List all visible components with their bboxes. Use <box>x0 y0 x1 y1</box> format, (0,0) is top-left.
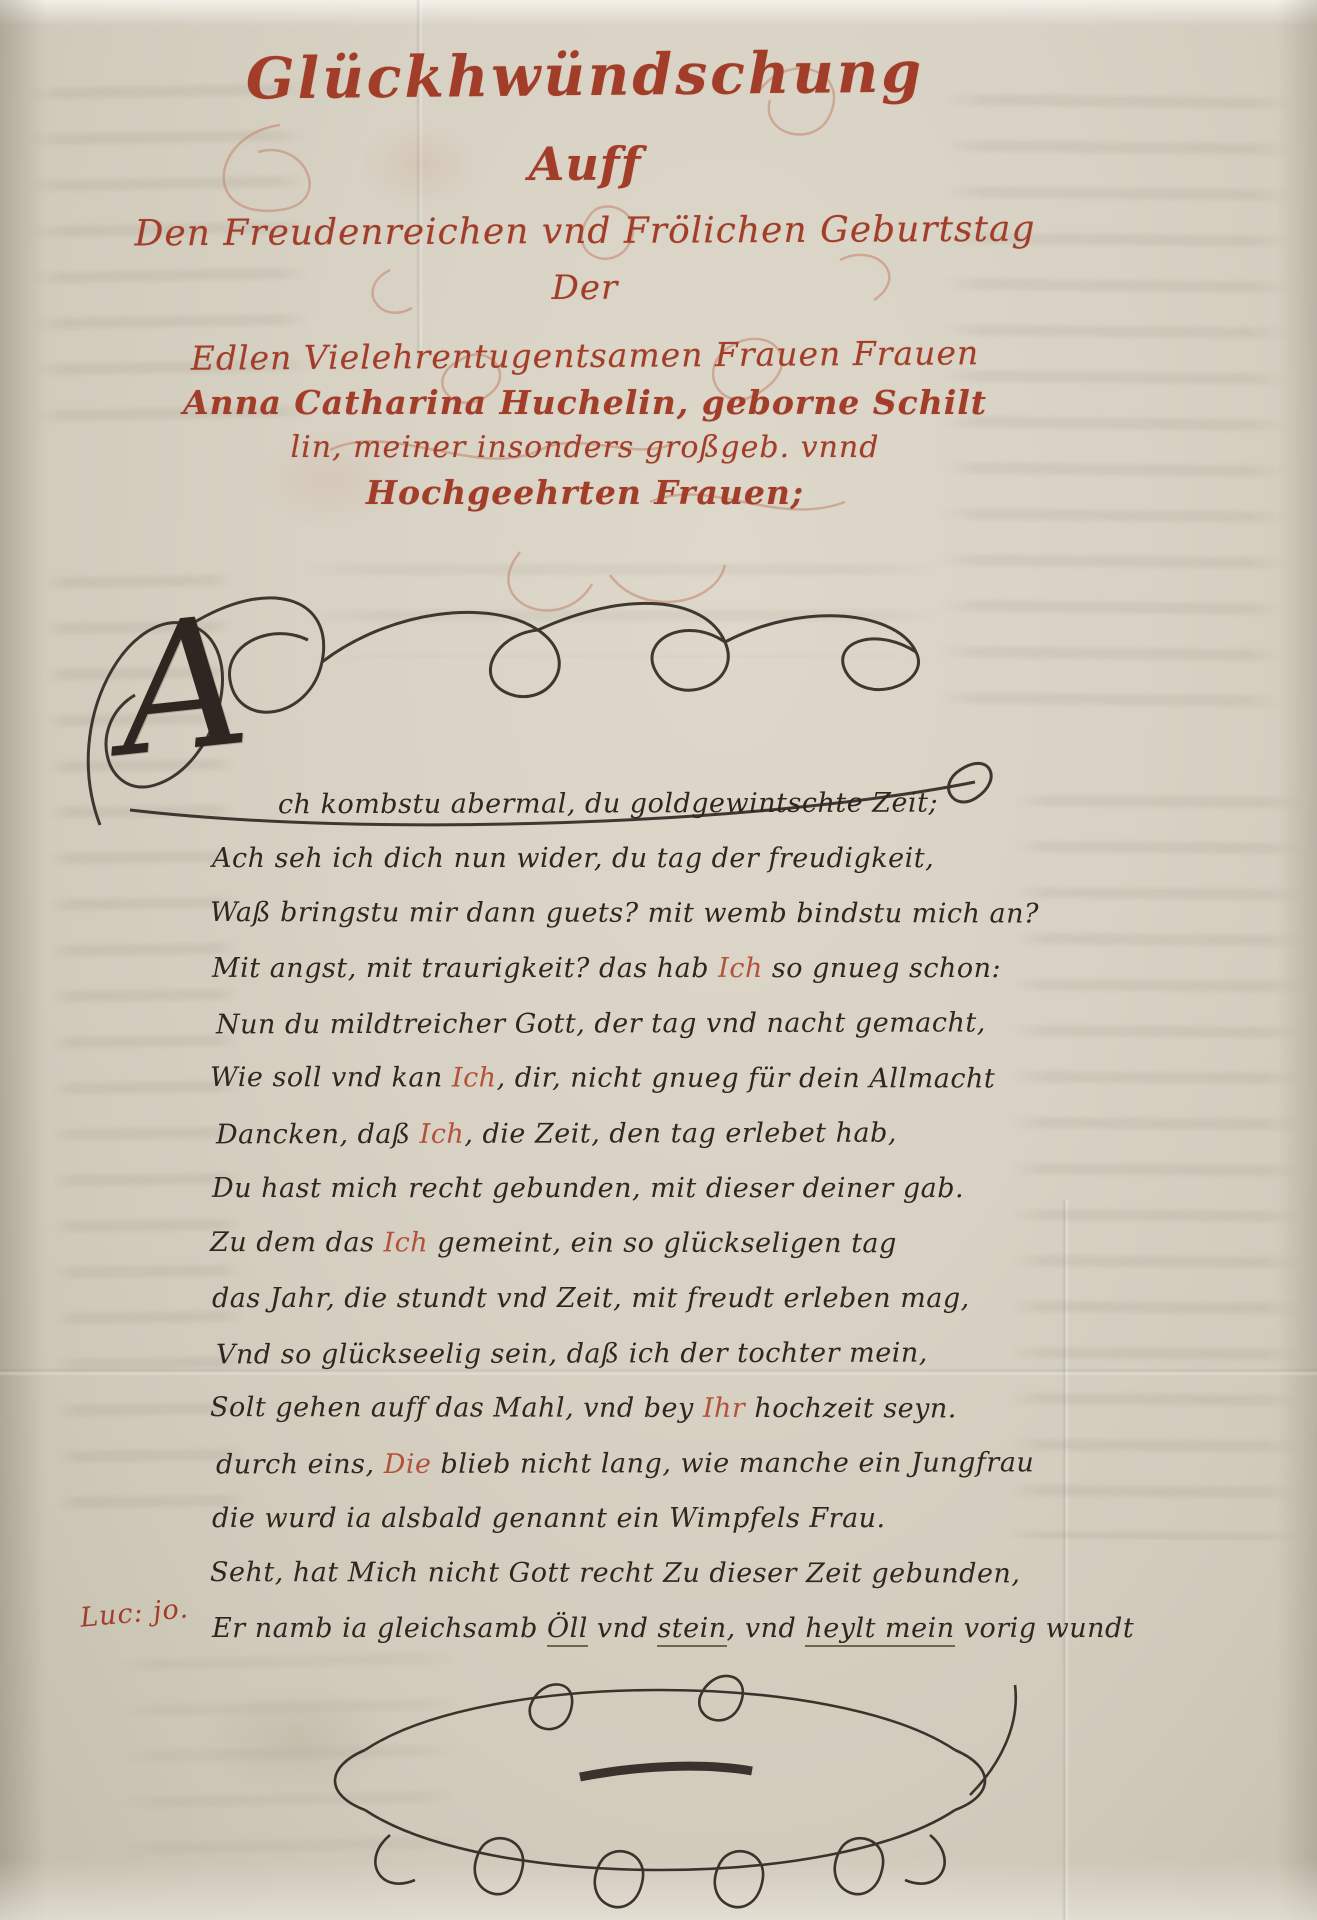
poem-line: ch kombstu abermal, du goldgewintschte Z… <box>216 787 1296 845</box>
title-line-geburtstag: Den Freudenreichen vnd Frölichen Geburts… <box>95 208 1075 254</box>
poem-text-segment: , vnd <box>727 1613 806 1644</box>
paper-edge-top <box>0 0 1317 26</box>
poem-text-segment: Seht, hat Mich nicht Gott recht Zu diese… <box>210 1557 1020 1589</box>
poem-text-segment: Zu dem das <box>210 1227 384 1258</box>
title-line-auff: Auff <box>95 137 1075 191</box>
bleed-through <box>300 548 940 658</box>
poem-text-segment: gemeint, ein so glückseligen tag <box>428 1227 897 1259</box>
poem-line: Vnd so glückseelig sein, daß ich der toc… <box>216 1337 1296 1395</box>
red-ink-word: Ich <box>452 1062 497 1093</box>
poem-text-segment: Wie soll vnd kan <box>210 1062 452 1093</box>
poem-line: Solt gehen auff das Mahl, vnd bey Ihr ho… <box>210 1392 1290 1449</box>
title-line-hochgeehrten: Hochgeehrten Frauen; <box>95 473 1075 512</box>
poem-text-segment: ch kombstu abermal, du goldgewintschte Z… <box>278 788 938 821</box>
title-line-honorific: Edlen Vielehrentugentsamen Frauen Frauen <box>95 333 1075 379</box>
red-ink-word: Ich <box>383 1227 428 1258</box>
poem-text-segment: die wurd ia alsbald genannt ein Wimpfels… <box>212 1503 886 1534</box>
poem-text-segment: , dir, nicht gnueg für dein Allmacht <box>497 1063 996 1095</box>
red-ink-word: Ich <box>718 953 763 984</box>
poem-text-segment: Er namb ia gleichsamb <box>212 1613 547 1644</box>
title-block: Glückhwündschung Auff Den Freudenreichen… <box>95 42 1075 512</box>
bleed-through <box>118 1636 463 1873</box>
poem-text-segment: Nun du mildtreicher Gott, der tag vnd na… <box>216 1007 986 1040</box>
poem-line: Wie soll vnd kan Ich, dir, nicht gnueg f… <box>210 1062 1290 1119</box>
red-ink-word: Ihr <box>703 1393 746 1424</box>
poem-line: Zu dem das Ich gemeint, ein so glückseli… <box>210 1227 1290 1284</box>
poem-line: durch eins, Die blieb nicht lang, wie ma… <box>216 1447 1296 1505</box>
underlined-word: heylt mein <box>805 1613 954 1647</box>
poem-lines: ch kombstu abermal, du goldgewintschte Z… <box>212 788 1292 1668</box>
poem-line: Mit angst, mit traurigkeit? das hab Ich … <box>212 953 1292 1008</box>
underlined-word: Öll <box>547 1613 588 1647</box>
poem-line: Waß bringstu mir dann guets? mit wemb bi… <box>210 897 1290 954</box>
poem-text-segment: vnd <box>588 1613 658 1644</box>
red-ink-word: Die <box>384 1449 432 1480</box>
title-line-name: Anna Catharina Huchelin, geborne Schilt <box>95 383 1075 422</box>
poem-text-segment: das Jahr, die stundt vnd Zeit, mit freud… <box>212 1283 970 1314</box>
title-line-name-continued: lin, meiner insonders großgeb. vnnd <box>95 430 1075 465</box>
marginal-note: Luc: jo. <box>79 1593 190 1633</box>
poem-text-segment: vorig wundt <box>955 1613 1135 1644</box>
poem-line: Seht, hat Mich nicht Gott recht Zu diese… <box>210 1557 1290 1614</box>
poem: ch kombstu abermal, du goldgewintschte Z… <box>212 788 1292 1668</box>
poem-text-segment: Vnd so glückseelig sein, daß ich der toc… <box>216 1338 928 1371</box>
red-ink-word: Ich <box>420 1119 465 1150</box>
stain <box>200 1680 400 1800</box>
poem-text-segment: durch eins, <box>216 1449 384 1480</box>
poem-text-segment: Dancken, daß <box>216 1119 420 1151</box>
poem-line: die wurd ia alsbald genannt ein Wimpfels… <box>212 1503 1292 1558</box>
poem-line: Ach seh ich dich nun wider, du tag der f… <box>212 843 1292 898</box>
title-line-der: Der <box>95 268 1075 308</box>
paper-edge-bottom <box>0 1860 1317 1920</box>
poem-text-segment: Solt gehen auff das Mahl, vnd bey <box>210 1392 703 1424</box>
manuscript-page: Glückhwündschung Auff Den Freudenreichen… <box>0 0 1317 1920</box>
underlined-word: stein <box>657 1613 726 1647</box>
poem-initial-letter: A <box>109 592 255 782</box>
poem-line: das Jahr, die stundt vnd Zeit, mit freud… <box>212 1283 1292 1338</box>
poem-text-segment: Mit angst, mit traurigkeit? das hab <box>212 953 718 984</box>
poem-text-segment: Ach seh ich dich nun wider, du tag der f… <box>212 843 934 874</box>
poem-text-segment: Waß bringstu mir dann guets? mit wemb bi… <box>210 897 1039 929</box>
paper-edge-left <box>0 0 46 1920</box>
poem-text-segment: hochzeit seyn. <box>745 1393 957 1424</box>
poem-line: Er namb ia gleichsamb Öll vnd stein, vnd… <box>212 1613 1292 1668</box>
poem-text-segment: so gnueg schon: <box>763 953 1001 984</box>
poem-text-segment: , die Zeit, den tag erlebet hab, <box>464 1118 897 1150</box>
title-line-glueckwuenschung: Glückhwündschung <box>95 37 1076 114</box>
poem-line: Du hast mich recht gebunden, mit dieser … <box>212 1173 1292 1228</box>
poem-line: Nun du mildtreicher Gott, der tag vnd na… <box>216 1007 1296 1065</box>
poem-text-segment: Du hast mich recht gebunden, mit dieser … <box>212 1173 964 1204</box>
poem-text-segment: blieb nicht lang, wie manche ein Jungfra… <box>431 1447 1034 1480</box>
poem-line: Dancken, daß Ich, die Zeit, den tag erle… <box>216 1117 1296 1175</box>
